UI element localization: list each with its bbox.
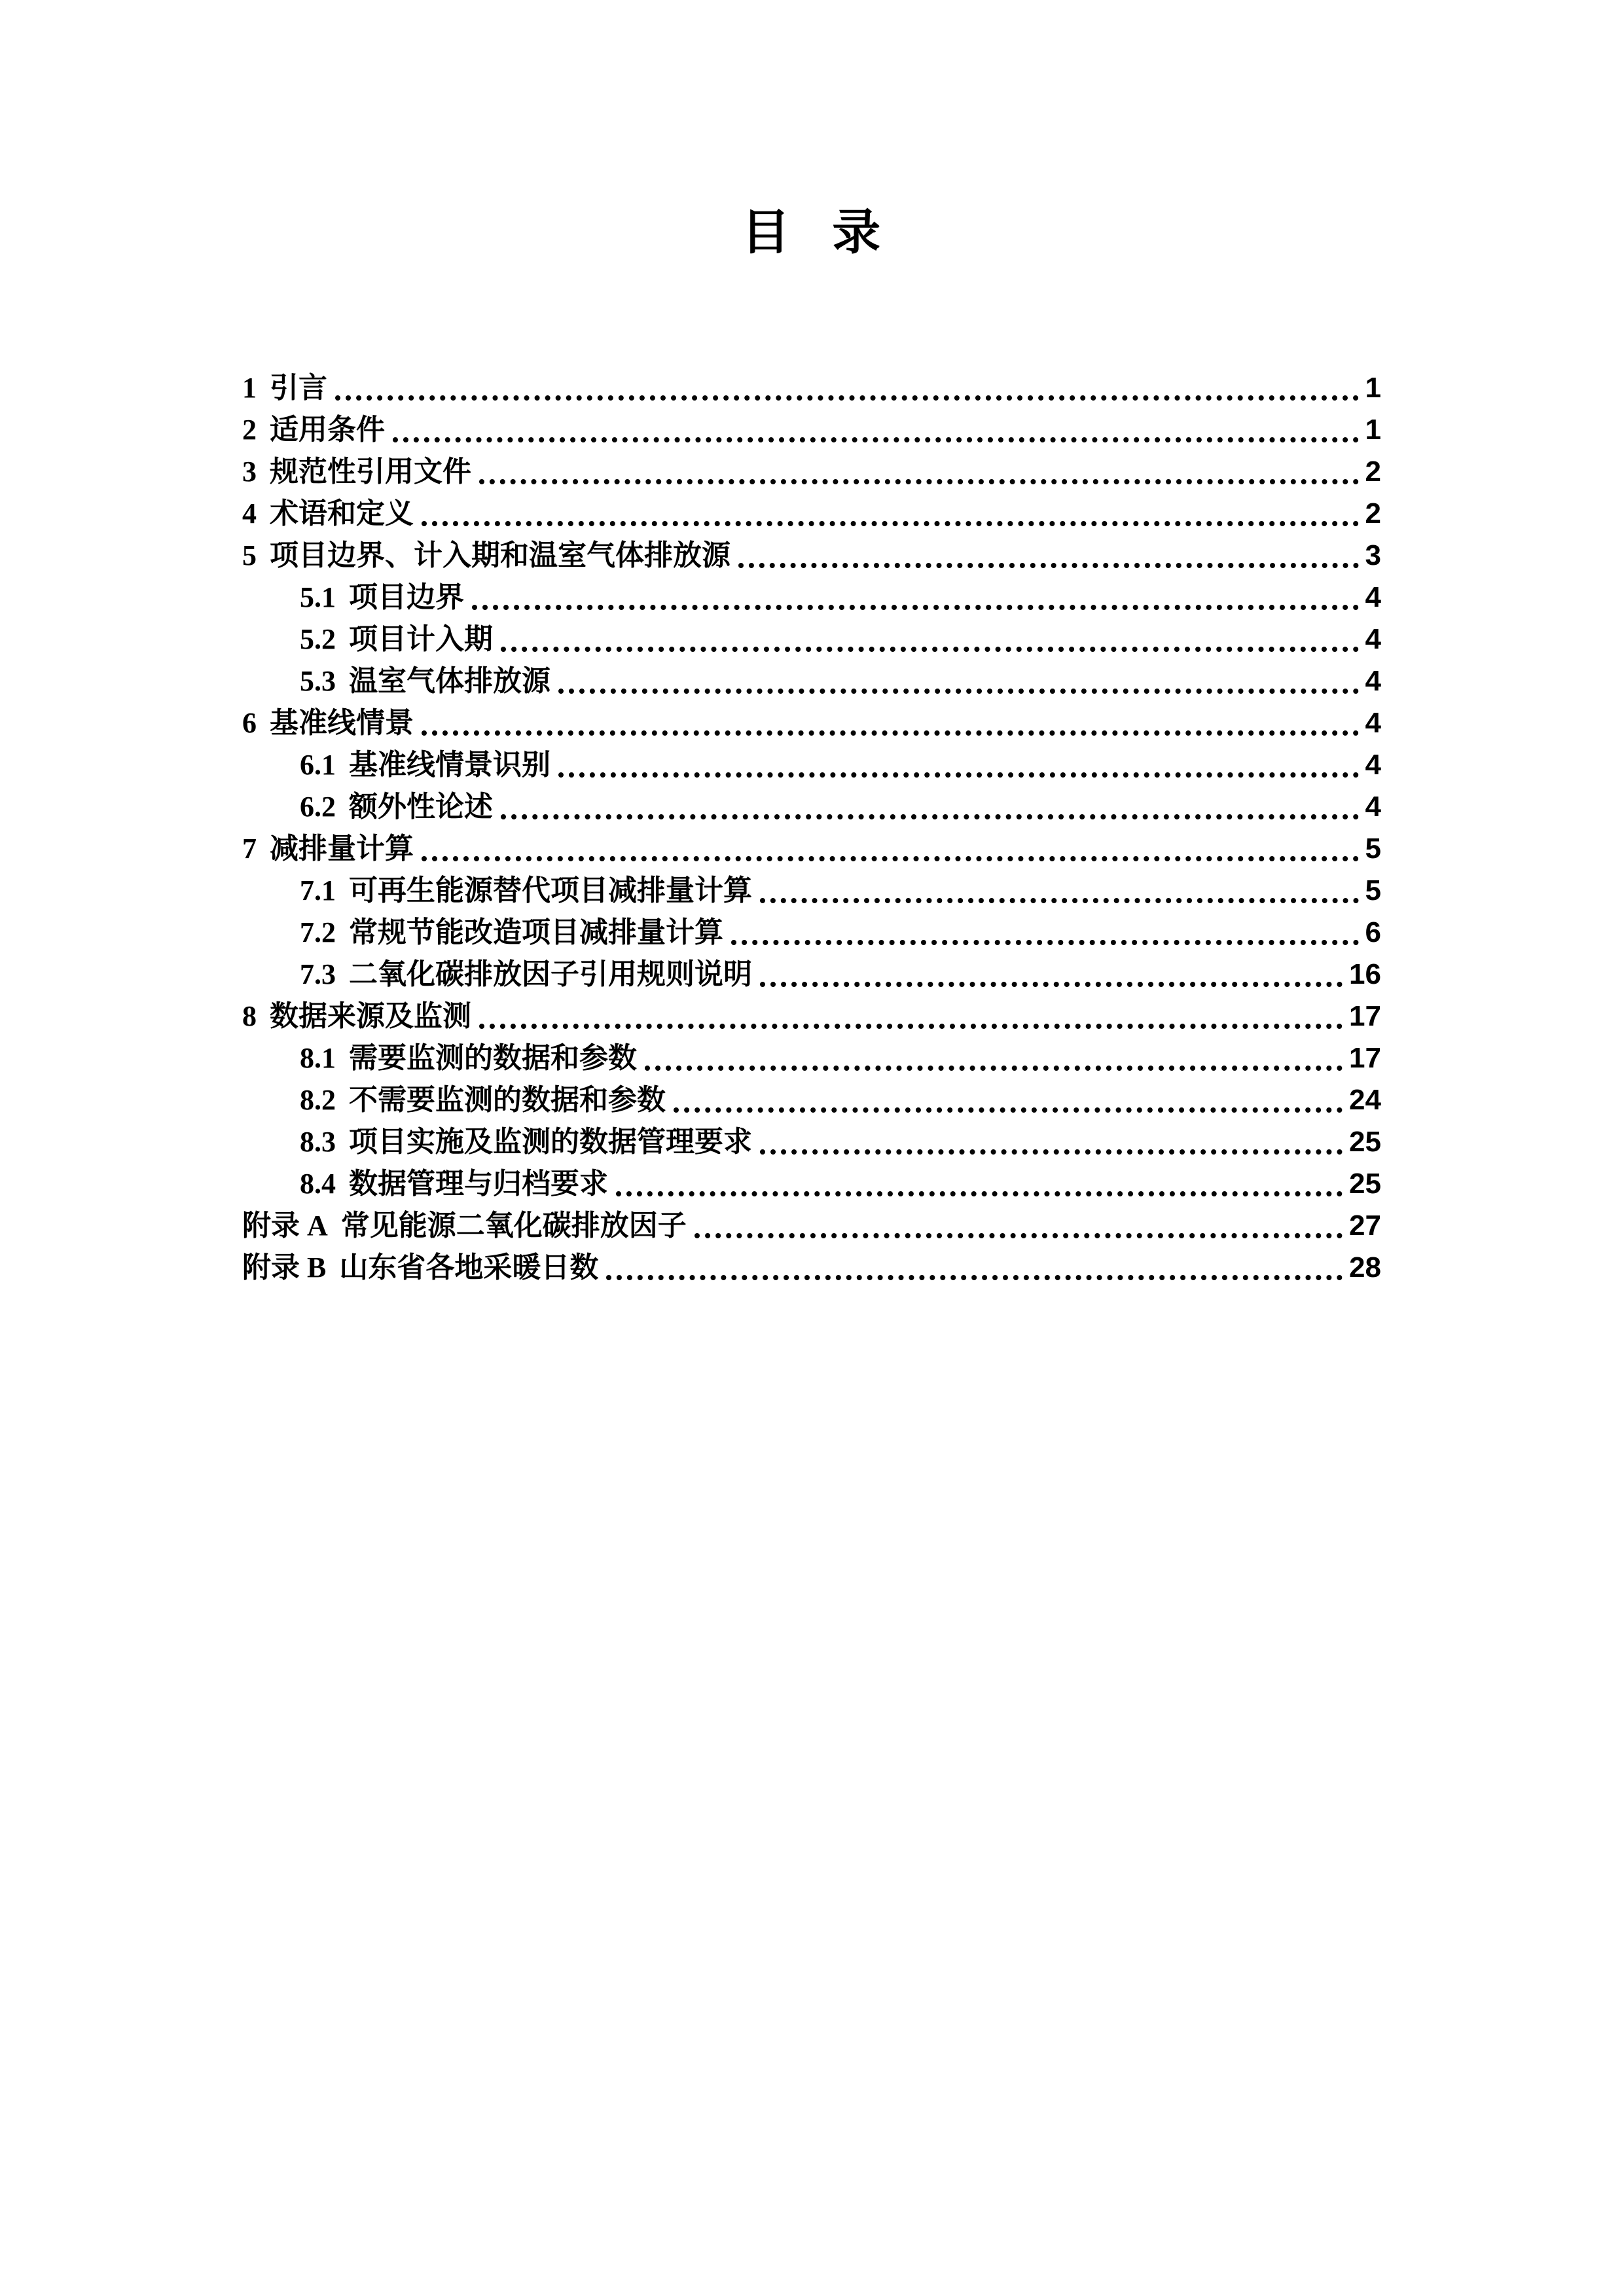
dot-leader: [760, 870, 1359, 903]
toc-entry-title: 基准线情景: [270, 702, 414, 744]
toc-entry-8.4[interactable]: 8.4 数据管理与归档要求 25: [242, 1163, 1381, 1205]
dot-leader: [674, 1079, 1343, 1113]
dot-leader: [645, 1037, 1343, 1071]
toc-entry-6.2[interactable]: 6.2 额外性论述 4: [242, 786, 1381, 828]
toc-entry-8[interactable]: 8 数据来源及监测 17: [242, 996, 1381, 1037]
toc-entry-8.2[interactable]: 8.2 不需要监测的数据和参数 24: [242, 1079, 1381, 1121]
toc-entry-page: 2: [1365, 451, 1381, 493]
toc-entry-6.1[interactable]: 6.1 基准线情景识别 4: [242, 744, 1381, 786]
toc-entry-title: 常规节能改造项目减排量计算: [349, 912, 723, 954]
toc-entry-number: 6.1: [300, 744, 336, 786]
toc-entry-title: 不需要监测的数据和参数: [349, 1079, 666, 1121]
toc-entry-number: 5.1: [300, 577, 336, 619]
toc-entry-number: 7.2: [300, 912, 336, 954]
dot-leader: [558, 660, 1359, 694]
toc-entry-number: 8.2: [300, 1079, 336, 1121]
dot-leader: [606, 1247, 1343, 1280]
toc-entry-title: 规范性引用文件: [270, 451, 471, 493]
toc-entry-page: 27: [1349, 1205, 1381, 1247]
toc-entry-5[interactable]: 5 项目边界、计入期和温室气体排放源 3: [242, 535, 1381, 577]
toc-entry-number: 4: [242, 493, 257, 535]
dot-leader: [479, 996, 1343, 1029]
dot-leader: [335, 367, 1359, 401]
dot-leader: [738, 535, 1359, 568]
toc-entry-title: 数据管理与归档要求: [349, 1163, 608, 1205]
toc-entry-3[interactable]: 3 规范性引用文件 2: [242, 451, 1381, 493]
toc-entry-title: 减排量计算: [270, 828, 414, 870]
toc-entry-7.3[interactable]: 7.3 二氧化碳排放因子引用规则说明 16: [242, 954, 1381, 996]
toc-entry-number: 1: [242, 367, 257, 409]
toc-entry-7[interactable]: 7 减排量计算 5: [242, 828, 1381, 870]
toc-entry-page: 25: [1349, 1163, 1381, 1205]
toc-entry-number: 8.1: [300, 1037, 336, 1079]
toc-entry-title: 额外性论述: [349, 786, 493, 828]
toc-entry-page: 4: [1365, 786, 1381, 828]
toc-entry-page: 2: [1365, 493, 1381, 535]
dot-leader: [479, 451, 1359, 484]
toc-entry-5.2[interactable]: 5.2 项目计入期 4: [242, 619, 1381, 660]
toc-entry-page: 16: [1349, 954, 1381, 996]
toc-entry-附录-B[interactable]: 附录 B 山东省各地采暖日数 28: [242, 1247, 1381, 1289]
toc-entry-number: 7: [242, 828, 257, 870]
toc-entry-number: 7.1: [300, 870, 336, 912]
dot-leader: [731, 912, 1359, 945]
toc-entry-7.1[interactable]: 7.1 可再生能源替代项目减排量计算 5: [242, 870, 1381, 912]
toc-entry-page: 4: [1365, 660, 1381, 702]
toc-entry-page: 17: [1349, 1037, 1381, 1079]
toc-entry-number: 7.3: [300, 954, 336, 996]
toc-entry-7.2[interactable]: 7.2 常规节能改造项目减排量计算 6: [242, 912, 1381, 954]
toc-entry-number: 附录 B: [242, 1247, 326, 1289]
toc-entry-number: 8.3: [300, 1121, 336, 1163]
toc-entry-4[interactable]: 4 术语和定义 2: [242, 493, 1381, 535]
toc-entry-附录-A[interactable]: 附录 A 常见能源二氧化碳排放因子 27: [242, 1205, 1381, 1247]
toc-entry-page: 25: [1349, 1121, 1381, 1163]
dot-leader: [760, 1121, 1343, 1155]
dot-leader: [616, 1163, 1343, 1196]
toc-entry-title: 项目实施及监测的数据管理要求: [349, 1121, 752, 1163]
toc-entry-page: 4: [1365, 619, 1381, 660]
toc-entry-title: 山东省各地采暖日数: [339, 1247, 598, 1289]
toc-entry-title: 适用条件: [270, 409, 385, 451]
toc-entry-number: 5.2: [300, 619, 336, 660]
toc-entry-page: 4: [1365, 577, 1381, 619]
toc-entry-8.3[interactable]: 8.3 项目实施及监测的数据管理要求 25: [242, 1121, 1381, 1163]
toc-entry-page: 4: [1365, 744, 1381, 786]
toc-entry-8.1[interactable]: 8.1 需要监测的数据和参数 17: [242, 1037, 1381, 1079]
toc-entry-6[interactable]: 6 基准线情景 4: [242, 702, 1381, 744]
toc-entry-title: 温室气体排放源: [349, 660, 550, 702]
dot-leader: [422, 828, 1359, 861]
dot-leader: [422, 702, 1359, 736]
dot-leader: [558, 744, 1359, 778]
dot-leader: [472, 577, 1359, 610]
toc-entry-5.1[interactable]: 5.1 项目边界 4: [242, 577, 1381, 619]
toc-entry-title: 二氧化碳排放因子引用规则说明: [349, 954, 752, 996]
dot-leader: [760, 954, 1343, 987]
toc-entry-number: 6.2: [300, 786, 336, 828]
toc-entry-number: 5: [242, 535, 257, 577]
dot-leader: [501, 786, 1359, 819]
toc-entry-title: 基准线情景识别: [349, 744, 550, 786]
toc-entry-title: 可再生能源替代项目减排量计算: [349, 870, 752, 912]
toc-entry-page: 1: [1365, 409, 1381, 451]
toc-entry-title: 引言: [270, 367, 327, 409]
dot-leader: [422, 493, 1359, 526]
toc-entry-number: 6: [242, 702, 257, 744]
toc-entry-page: 4: [1365, 702, 1381, 744]
toc-entry-page: 17: [1349, 996, 1381, 1037]
toc-entry-page: 5: [1365, 870, 1381, 912]
toc-entry-1[interactable]: 1 引言 1: [242, 367, 1381, 409]
toc-entry-title: 项目边界、计入期和温室气体排放源: [270, 535, 731, 577]
toc-entry-title: 项目计入期: [349, 619, 493, 660]
toc-entry-number: 5.3: [300, 660, 336, 702]
toc-entry-page: 28: [1349, 1247, 1381, 1289]
toc-entry-page: 6: [1365, 912, 1381, 954]
toc-entry-page: 3: [1365, 535, 1381, 577]
toc-entry-page: 5: [1365, 828, 1381, 870]
toc-entry-number: 3: [242, 451, 257, 493]
toc-entry-title: 需要监测的数据和参数: [349, 1037, 637, 1079]
toc-entry-page: 1: [1365, 367, 1381, 409]
toc-entry-page: 24: [1349, 1079, 1381, 1121]
dot-leader: [501, 619, 1359, 652]
toc-entry-2[interactable]: 2 适用条件 1: [242, 409, 1381, 451]
toc-entry-title: 项目边界: [349, 577, 464, 619]
document-page: 目 录 1 引言 1 2 适用条件 1 3 规范性引用文件 2 4 术语和定义 …: [0, 0, 1624, 2296]
toc-entry-number: 8: [242, 996, 257, 1037]
dot-leader: [695, 1205, 1343, 1238]
toc-entry-title: 术语和定义: [270, 493, 414, 535]
toc-entry-title: 数据来源及监测: [270, 996, 471, 1037]
toc-entry-number: 8.4: [300, 1163, 336, 1205]
toc-entry-5.3[interactable]: 5.3 温室气体排放源 4: [242, 660, 1381, 702]
toc-entry-number: 附录 A: [242, 1205, 328, 1247]
table-of-contents: 1 引言 1 2 适用条件 1 3 规范性引用文件 2 4 术语和定义 2 5 …: [242, 367, 1381, 1289]
toc-entry-title: 常见能源二氧化碳排放因子: [341, 1205, 687, 1247]
page-title: 目 录: [242, 203, 1381, 263]
toc-entry-number: 2: [242, 409, 257, 451]
dot-leader: [393, 409, 1359, 442]
